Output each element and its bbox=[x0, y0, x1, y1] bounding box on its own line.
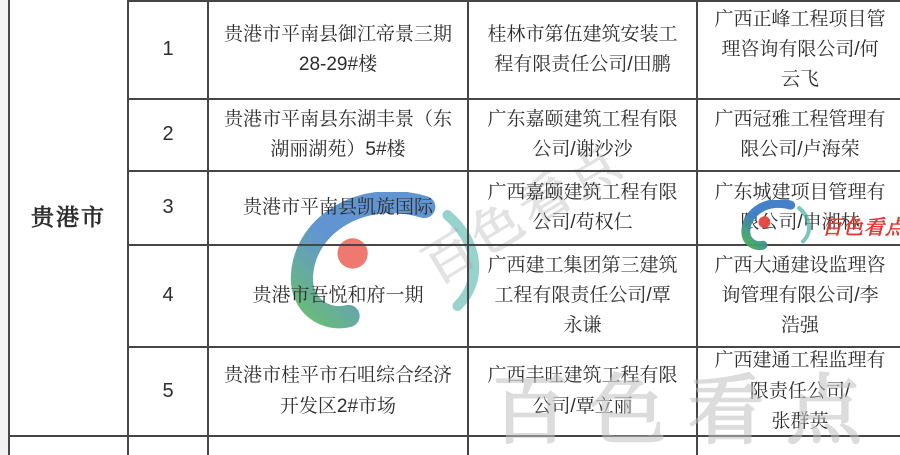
supervision-company: 广西冠雅工程管理有 限公司/卢海荣 bbox=[698, 100, 900, 172]
partial-row-cell bbox=[209, 437, 469, 455]
construction-company: 广西嘉颐建筑工程有限 公司/苟权仁 bbox=[469, 172, 698, 246]
row-number: 1 bbox=[129, 0, 209, 100]
project-name: 贵港市平南县御江帝景三期 28-29#楼 bbox=[209, 0, 469, 100]
site-brand-watermark: 百色看点 bbox=[740, 200, 900, 250]
brand-logo-small-icon bbox=[740, 200, 820, 250]
project-name: 贵港市吾悦和府一期 bbox=[209, 246, 469, 348]
row-number: 3 bbox=[129, 172, 209, 246]
partial-row-cell bbox=[10, 437, 129, 455]
supervision-company: 广西正峰工程项目管 理咨询有限公司/何 云飞 bbox=[698, 0, 900, 100]
construction-company: 桂林市第伍建筑安装工 程有限责任公司/田鹏 bbox=[469, 0, 698, 100]
row-number: 2 bbox=[129, 100, 209, 172]
brand-name-text: 百色看点 bbox=[822, 211, 900, 240]
project-name: 贵港市平南县凯旋国际 bbox=[209, 172, 469, 246]
construction-company: 广西建工集团第三建筑 工程有限责任公司/覃 永谦 bbox=[469, 246, 698, 348]
row-number: 4 bbox=[129, 246, 209, 348]
construction-company: 广东嘉颐建筑工程有限 公司/谢沙沙 bbox=[469, 100, 698, 172]
project-name: 贵港市桂平市石咀综合经济 开发区2#市场 bbox=[209, 348, 469, 437]
gray-watermark-text: 百色看点 bbox=[492, 350, 884, 455]
city-cell: 贵港市 bbox=[10, 0, 129, 437]
row-number: 5 bbox=[129, 348, 209, 437]
supervision-company: 广西大通建设监理咨 询管理有限公司/李 浩强 bbox=[698, 246, 900, 348]
partial-row-cell bbox=[129, 437, 209, 455]
project-name: 贵港市平南县东湖丰景（东 湖丽湖苑）5#楼 bbox=[209, 100, 469, 172]
